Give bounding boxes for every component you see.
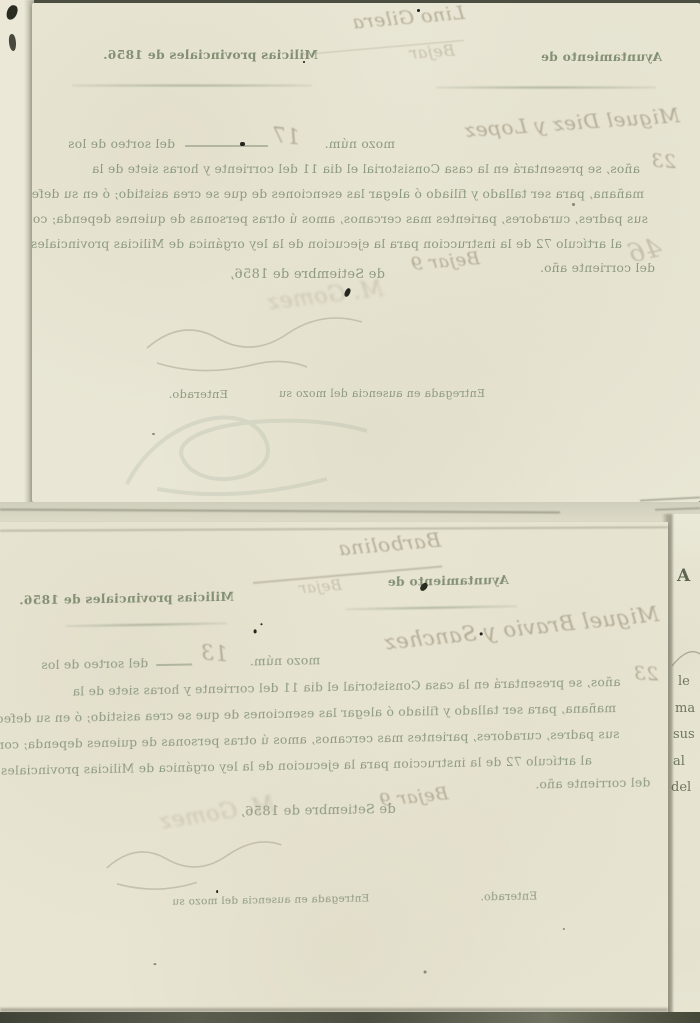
footer-enterado: Enterado.: [471, 889, 537, 903]
ornament-rule: [436, 86, 656, 89]
sheet-bottom-shadow: [0, 1008, 668, 1012]
document-bottom-sheet: Barbolina Ayuntamiento de Bejar Milicias…: [0, 522, 668, 1013]
document-top-sheet: Lino Gilera Milicias provinciales de 185…: [32, 3, 700, 502]
header-milicias: Milicias provinciales de 1856.: [66, 47, 318, 62]
ink-speck: [480, 632, 483, 635]
next-page-fragment: le: [678, 674, 690, 689]
header-ayuntamiento: Ayuntamiento de: [490, 49, 662, 64]
ink-speck: [216, 890, 218, 893]
body-line3: mañana, para ser tallado y filiado ó ale…: [56, 187, 644, 201]
handwritten-age: 23: [641, 149, 676, 173]
next-page-fragment: A: [677, 566, 690, 586]
ink-speck: [240, 142, 245, 146]
paper-speck: [572, 203, 575, 206]
paper-speck: [153, 963, 156, 965]
body-line3: mañana, para ser tallado y filiado ó ale…: [26, 701, 616, 725]
ink-speck: [260, 623, 262, 625]
signature-flourish: [132, 308, 432, 378]
paper-speck: [563, 928, 565, 930]
ink-speck: [303, 61, 305, 63]
header-milicias: Milicias provinciales de 1856.: [44, 589, 234, 607]
handwritten-date: Bejar 9: [387, 248, 480, 277]
body-line5: al artículo 72 de la instruccion para la…: [34, 753, 592, 777]
handwritten-mozo-number: 17: [269, 122, 301, 149]
body-line6: del corriente año.: [544, 775, 650, 791]
ink-speck: [417, 9, 420, 12]
ornament-rule: [72, 84, 312, 87]
body-line1-label: mozo núm.: [230, 653, 320, 669]
blank-line-dash: [156, 663, 192, 665]
handwritten-annotation: Barbolina: [250, 528, 441, 568]
body-line1-after: del sorteo de los: [67, 137, 175, 151]
body-line4: sus padres, curadores, parientes mas cer…: [48, 212, 648, 226]
scan-bed-strip: [0, 1012, 700, 1023]
scanned-archive-page: Lino Gilera Milicias provinciales de 185…: [0, 0, 700, 1023]
handwritten-mozo-name: Miguel Bravio y Sanchez: [329, 602, 660, 660]
body-line1-after: del sorteo de los: [44, 656, 148, 672]
blank-line-dash: [185, 145, 268, 147]
next-page-fragment: ma: [675, 701, 695, 716]
ink-speck: [254, 629, 257, 633]
body-line5: al artículo 72 de la instruccion para la…: [66, 237, 622, 251]
body-line4: sus padres, curadores, parientes mas cer…: [19, 727, 619, 751]
header-ayuntamiento: Ayuntamiento de: [349, 572, 509, 590]
ornament-rule: [65, 622, 227, 628]
signature-flourish: [96, 835, 297, 898]
body-line2: años, se presentará en la casa Consistor…: [72, 162, 640, 176]
next-page-fragment: sus: [673, 727, 695, 742]
ornament-rule: [345, 605, 517, 611]
body-line2: años, se presentará en la casa Consistor…: [51, 675, 621, 699]
bottom-doc-content: Barbolina Ayuntamiento de Bejar Milicias…: [0, 522, 668, 1013]
bleed-through-flourish: [102, 389, 412, 501]
next-page-fragment: al: [673, 754, 685, 769]
next-page-hw-flourish: [670, 644, 700, 670]
handwritten-mozo-name: Miguel Diez y Lopez: [395, 103, 681, 147]
next-page-fragment: del: [671, 780, 691, 795]
paper-speck: [152, 433, 155, 435]
body-line1-label: mozo núm.: [303, 137, 395, 151]
handwritten-age: 23: [624, 662, 659, 686]
paper-speck: [424, 970, 427, 973]
handwritten-mozo-number: 13: [195, 640, 229, 667]
handwritten-place: Bejar: [281, 576, 342, 599]
handwritten-annotation: Lino Gilera: [299, 3, 465, 38]
footer-entrega: Entregada en ausencia del mozo su: [169, 892, 369, 907]
handwritten-place: Bejar: [384, 41, 455, 65]
